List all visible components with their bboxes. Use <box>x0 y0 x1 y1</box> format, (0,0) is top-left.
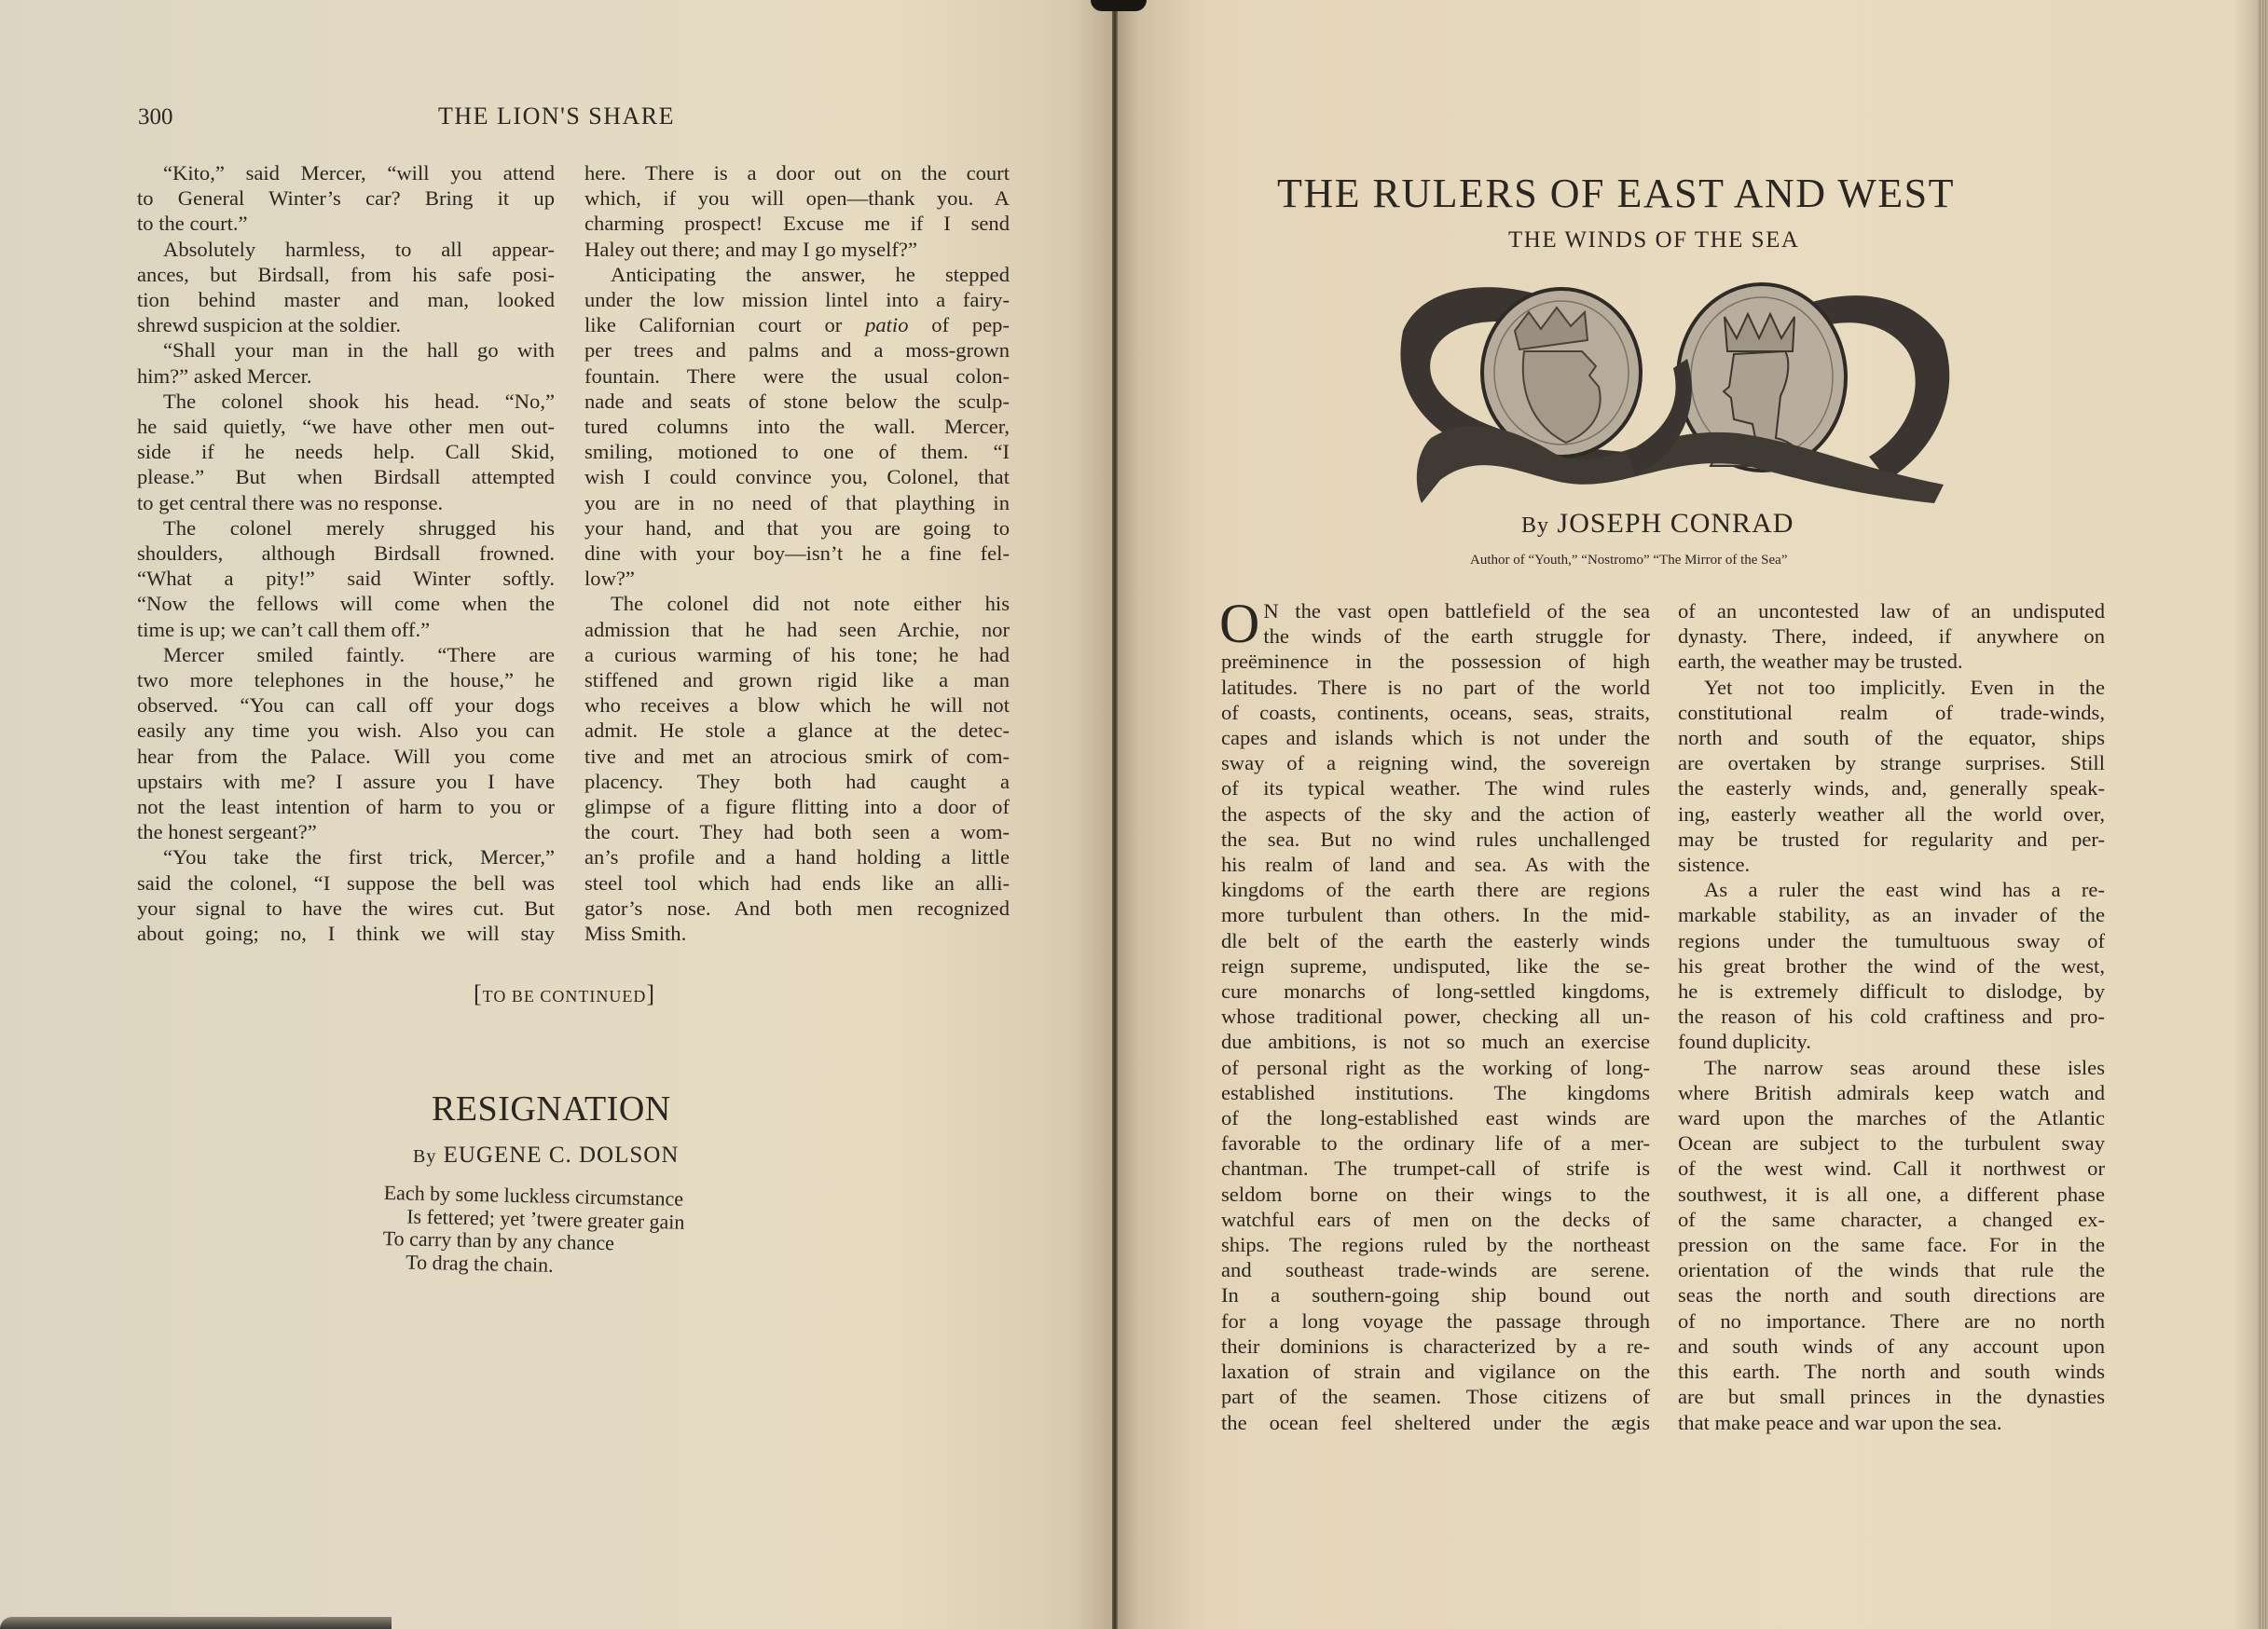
text-line: In a southern-going ship bound out <box>1221 1282 1650 1307</box>
text-line: of the same character, a changed ex- <box>1678 1207 2105 1232</box>
text-line: your signal to have the wires cut. But <box>137 896 555 921</box>
text-line: you are in no need of that plaything in <box>584 490 1010 515</box>
text-line: of personal right as the working of long… <box>1221 1055 1650 1080</box>
text-line: under the low mission lintel into a fair… <box>584 287 1010 312</box>
text-line: of no importance. There are no north <box>1678 1308 2105 1334</box>
page-number: 300 <box>138 104 173 130</box>
poem-title: RESIGNATION <box>432 1088 671 1129</box>
text-line: his realm of land and sea. As with the <box>1221 852 1650 877</box>
text-line: “Now the fellows will come when the <box>137 591 555 616</box>
text-line: wish I could convince you, Colonel, that <box>584 464 1010 489</box>
text-line: tion behind master and man, looked <box>137 287 555 312</box>
text-line: your hand, and that you are going to <box>584 515 1010 541</box>
text-line: for a long voyage the passage through <box>1221 1308 1650 1334</box>
text-line: N the vast open battlefield of the sea <box>1221 598 1650 623</box>
to-be-continued-text: TO BE CONTINUED <box>483 987 647 1006</box>
text-line: tive and met an atrocious smirk of com- <box>584 744 1010 769</box>
text-line: watchful ears of men on the decks of <box>1221 1207 1650 1232</box>
poem-author: EUGENE C. DOLSON <box>444 1143 680 1168</box>
text-line: steel tool which had ends like an alli- <box>584 870 1010 896</box>
text-line: to get central there was no response. <box>137 490 555 515</box>
text-line: dine with your boy—isn’t he a fine fel- <box>584 541 1010 566</box>
drop-cap: O <box>1219 600 1259 647</box>
text-line: the court. They had both seen a wom- <box>584 819 1010 844</box>
book-cover-edge <box>0 1617 392 1629</box>
poem-stanza: Each by some luckless circumstance Is fe… <box>382 1182 685 1280</box>
text-line: ances, but Birdsall, from his safe posi- <box>137 262 555 287</box>
text-line: constitutional realm of trade-winds, <box>1678 700 2105 725</box>
text-line: that make peace and war upon the sea. <box>1678 1410 2105 1435</box>
text-line: low?” <box>584 566 1010 591</box>
text-line: who receives a blow which he will not <box>584 692 1010 718</box>
left-page-column-2: here. There is a door out on the courtwh… <box>584 160 1010 946</box>
text-line: a curious warming of his tone; he had <box>584 642 1010 667</box>
text-line: kingdoms of the earth there are regions <box>1221 877 1650 902</box>
text-line: side if he needs help. Call Skid, <box>137 439 555 464</box>
text-line: time is up; we can’t call them off.” <box>137 617 555 642</box>
text-line: Absolutely harmless, to all appear- <box>137 237 555 262</box>
text-line: reign supreme, undisputed, like the se- <box>1221 953 1650 979</box>
text-line: The colonel did not note either his <box>584 591 1010 616</box>
text-line: easily any time you wish. Also you can <box>137 718 555 743</box>
text-line: stiffened and grown rigid like a man <box>584 667 1010 692</box>
close-bracket: ] <box>646 980 655 1007</box>
text-line: his great brother the wind of the west, <box>1678 953 2105 979</box>
author-credits: Author of “Youth,” “Nostromo” “The Mirro… <box>1470 553 1787 568</box>
text-line: of the west wind. Call it northwest or <box>1678 1156 2105 1181</box>
text-line: “Shall your man in the hall go with <box>137 337 555 363</box>
text-line: seas the north and south directions are <box>1678 1282 2105 1307</box>
text-line: capes and islands which is not under the <box>1221 725 1650 750</box>
text-line: of the long-established east winds are <box>1221 1105 1650 1130</box>
text-line: north and south of the equator, ships <box>1678 725 2105 750</box>
text-line: placency. They both had caught a <box>584 769 1010 794</box>
text-line: which, if you will open—thank you. A <box>584 185 1010 211</box>
book-spine-gutter <box>1112 0 1118 1629</box>
text-line: and south winds of any account upon <box>1678 1334 2105 1359</box>
text-line: Mercer smiled faintly. “There are <box>137 642 555 667</box>
text-line: dle belt of the earth the easterly winds <box>1221 928 1650 953</box>
text-line: the honest sergeant?” <box>137 819 555 844</box>
text-line: upstairs with me? I assure you I have <box>137 769 555 794</box>
text-line: “What a pity!” said Winter softly. <box>137 566 555 591</box>
binding-top-shadow <box>1091 0 1147 11</box>
text-line: per trees and palms and a moss-grown <box>584 337 1010 363</box>
text-line: an’s profile and a hand holding a little <box>584 844 1010 869</box>
text-line: admit. He stole a glance at the detec- <box>584 718 1010 743</box>
article-author: JOSEPH CONRAD <box>1558 508 1794 539</box>
running-head-title: THE LION'S SHARE <box>438 103 675 130</box>
text-line: laxation of strain and vigilance on the <box>1221 1359 1650 1384</box>
text-line: found duplicity. <box>1678 1029 2105 1054</box>
text-line: nade and seats of stone below the sculp- <box>584 389 1010 414</box>
text-line: chantman. The trumpet-call of strife is <box>1221 1156 1650 1181</box>
text-line: the ocean feel sheltered under the ægis <box>1221 1410 1650 1435</box>
text-line: markable stability, as an invader of the <box>1678 902 2105 927</box>
text-line: ing, easterly weather all the world over… <box>1678 801 2105 827</box>
text-line: shrewd suspicion at the soldier. <box>137 312 555 337</box>
text-line: southwest, it is all one, a different ph… <box>1678 1182 2105 1207</box>
article-byline: By JOSEPH CONRAD <box>1521 508 1794 540</box>
text-line: orientation of the winds that rule the <box>1678 1257 2105 1282</box>
right-page-column-1: ON the vast open battlefield of the seat… <box>1221 598 1650 1435</box>
text-line: smiling, motioned to one of them. “I <box>584 439 1010 464</box>
text-line: to the court.” <box>137 211 555 236</box>
poem-byline: By EUGENE C. DOLSON <box>413 1143 679 1169</box>
text-line: not the least intention of harm to you o… <box>137 794 555 819</box>
by-label: By <box>1521 513 1549 538</box>
text-line: the reason of his cold craftiness and pr… <box>1678 1004 2105 1029</box>
text-line: tured columns into the wall. Mercer, <box>584 414 1010 439</box>
text-line: ward upon the marches of the Atlantic <box>1678 1105 2105 1130</box>
text-line: of an uncontested law of an undisputed <box>1678 598 2105 623</box>
text-line: he said quietly, “we have other men out- <box>137 414 555 439</box>
to-be-continued-note: [TO BE CONTINUED] <box>474 980 655 1008</box>
left-page-column-1: “Kito,” said Mercer, “will you attendto … <box>137 160 555 946</box>
page-edges <box>2258 0 2268 1629</box>
text-line: fountain. There were the usual colon- <box>584 363 1010 389</box>
right-page-column-2: of an uncontested law of an undisputeddy… <box>1678 598 2105 1435</box>
text-line: sway of a reigning wind, the sovereign <box>1221 750 1650 775</box>
text-line: here. There is a door out on the court <box>584 160 1010 185</box>
text-line: the aspects of the sky and the action of <box>1221 801 1650 827</box>
text-line: this earth. The north and south winds <box>1678 1359 2105 1384</box>
text-line: glimpse of a figure flitting into a door… <box>584 794 1010 819</box>
open-bracket: [ <box>474 980 483 1007</box>
text-line: where British admirals keep watch and <box>1678 1080 2105 1105</box>
text-line: part of the seamen. Those citizens of <box>1221 1384 1650 1409</box>
text-line: regions under the tumultuous sway of <box>1678 928 2105 953</box>
text-line: “Kito,” said Mercer, “will you attend <box>137 160 555 185</box>
text-line: gator’s nose. And both men recognized <box>584 896 1010 921</box>
text-line: whose traditional power, checking all un… <box>1221 1004 1650 1029</box>
open-book-spread: 300 THE LION'S SHARE “Kito,” said Mercer… <box>0 0 2268 1629</box>
text-line: of its typical weather. The wind rules <box>1221 775 1650 801</box>
article-title: THE RULERS OF EAST AND WEST <box>1277 170 1955 217</box>
text-line: due ambitions, is not so much an exercis… <box>1221 1029 1650 1054</box>
text-line: like Californian court or patio of pep- <box>584 312 1010 337</box>
text-line: preëminence in the possession of high <box>1221 649 1650 674</box>
text-line: admission that he had seen Archie, nor <box>584 617 1010 642</box>
text-line: charming prospect! Excuse me if I send <box>584 211 1010 236</box>
text-line: cure monarchs of long-settled kingdoms, <box>1221 979 1650 1004</box>
text-line: Ocean are subject to the turbulent sway <box>1678 1130 2105 1156</box>
text-line: pression on the same face. For in the <box>1678 1232 2105 1257</box>
text-line: the winds of the earth struggle for <box>1221 623 1650 649</box>
text-line: are but small princes in the dynasties <box>1678 1384 2105 1409</box>
text-line: “You take the first trick, Mercer,” <box>137 844 555 869</box>
text-line: him?” asked Mercer. <box>137 363 555 389</box>
text-line: seldom borne on their wings to the <box>1221 1182 1650 1207</box>
text-line: their dominions is characterized by a re… <box>1221 1334 1650 1359</box>
text-line: and southeast trade-winds are serene. <box>1221 1257 1650 1282</box>
article-subtitle: THE WINDS OF THE SEA <box>1508 227 1799 253</box>
ribbon-front <box>1417 426 1944 503</box>
text-line: sistence. <box>1678 852 2105 877</box>
by-label: By <box>413 1146 436 1167</box>
text-line: Haley out there; and may I go myself?” <box>584 237 1010 262</box>
text-line: the sea. But no wind rules unchallenged <box>1221 827 1650 852</box>
text-line: Miss Smith. <box>584 921 1010 946</box>
text-line: two more telephones in the house,” he <box>137 667 555 692</box>
text-line: The narrow seas around these isles <box>1678 1055 2105 1080</box>
text-line: more turbulent than others. In the mid- <box>1221 902 1650 927</box>
text-line: may be trusted for regularity and per- <box>1678 827 2105 852</box>
text-line: about going; no, I think we will stay <box>137 921 555 946</box>
text-line: Anticipating the answer, he stepped <box>584 262 1010 287</box>
text-line: established institutions. The kingdoms <box>1221 1080 1650 1105</box>
text-line: dynasty. There, indeed, if anywhere on <box>1678 623 2105 649</box>
text-line: please.” But when Birdsall attempted <box>137 464 555 489</box>
text-line: As a ruler the east wind has a re- <box>1678 877 2105 902</box>
text-line: observed. “You can call off your dogs <box>137 692 555 718</box>
text-line: to General Winter’s car? Bring it up <box>137 185 555 211</box>
text-line: earth, the weather may be trusted. <box>1678 649 2105 674</box>
text-line: favorable to the ordinary life of a mer- <box>1221 1130 1650 1156</box>
text-line: latitudes. There is no part of the world <box>1221 675 1650 700</box>
text-line: the easterly winds, and, generally speak… <box>1678 775 2105 801</box>
medallion-ribbon-illustration <box>1366 266 1962 522</box>
text-line: Yet not too implicitly. Even in the <box>1678 675 2105 700</box>
text-line: The colonel merely shrugged his <box>137 515 555 541</box>
text-line: hear from the Palace. Will you come <box>137 744 555 769</box>
text-line: ships. The regions ruled by the northeas… <box>1221 1232 1650 1257</box>
text-line: said the colonel, “I suppose the bell wa… <box>137 870 555 896</box>
text-line: he is extremely difficult to dislodge, b… <box>1678 979 2105 1004</box>
text-line: of coasts, continents, oceans, seas, str… <box>1221 700 1650 725</box>
text-line: are overtaken by strange surprises. Stil… <box>1678 750 2105 775</box>
text-line: shoulders, although Birdsall frowned. <box>137 541 555 566</box>
text-line: The colonel shook his head. “No,” <box>137 389 555 414</box>
